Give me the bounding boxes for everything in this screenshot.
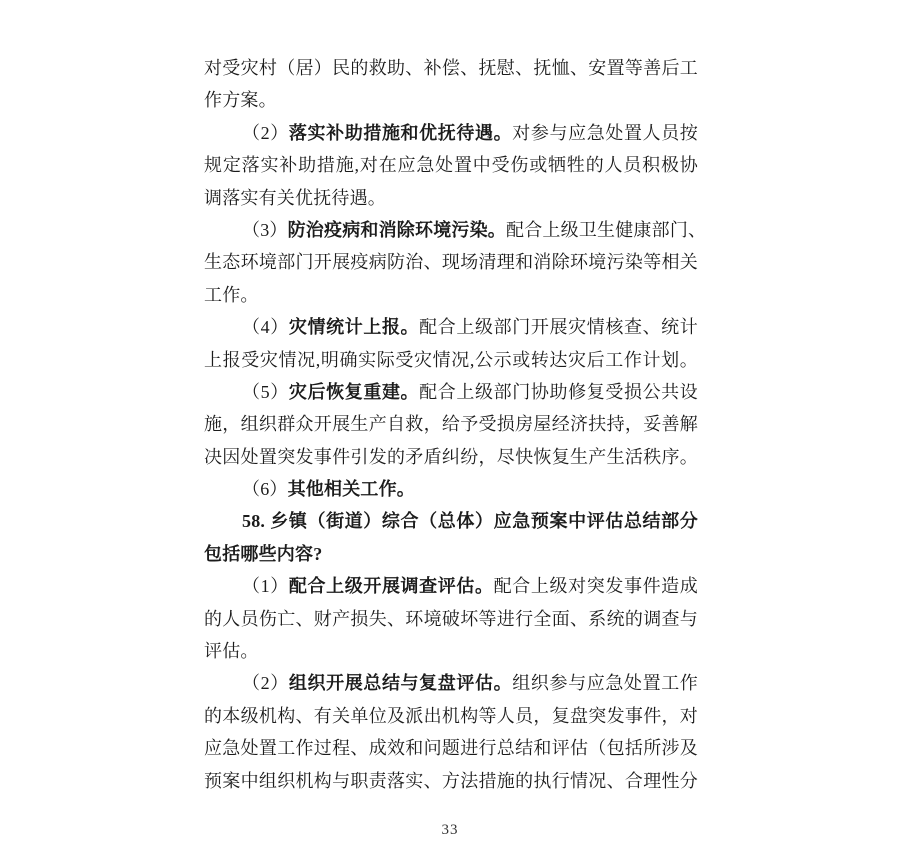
text-line: 对受灾村（居）民的救助、补偿、抚慰、抚恤、安置等善后工 [204, 52, 698, 84]
text-segment: 配合上级卫生健康部门、 [506, 220, 706, 240]
text-line: 58. 乡镇（街道）综合（总体）应急预案中评估总结部分 [204, 505, 698, 537]
text-line: 生态环境部门开展疫病防治、现场清理和消除环境污染等相关 [204, 246, 698, 278]
text-segment: 上报受灾情况,明确实际受灾情况,公示或转达灾后工作计划。 [204, 350, 698, 370]
text-segment-bold: 包括哪些内容? [204, 544, 322, 564]
text-line: （2）落实补助措施和优抚待遇。对参与应急处置人员按 [204, 117, 698, 149]
text-segment: 评估。 [204, 641, 259, 661]
text-segment: （2） [242, 123, 289, 143]
text-segment-bold: 灾情统计上报。 [289, 317, 419, 337]
text-segment: 作方案。 [204, 90, 277, 110]
text-segment: 配合上级部门开展灾情核查、统计 [419, 317, 698, 337]
text-segment: （2） [242, 673, 289, 693]
text-line: 工作。 [204, 279, 698, 311]
text-segment: 对参与应急处置人员按 [512, 123, 698, 143]
text-segment: 组织参与应急处置工作 [512, 673, 698, 693]
text-segment-bold: 58. 乡镇（街道）综合（总体）应急预案中评估总结部分 [242, 511, 698, 531]
text-segment: （6） [242, 479, 288, 499]
text-segment: （4） [242, 317, 289, 337]
text-segment: 施，组织群众开展生产自救，给予受损房屋经济扶持，妥善解 [204, 414, 698, 434]
document-page: 对受灾村（居）民的救助、补偿、抚慰、抚恤、安置等善后工作方案。（2）落实补助措施… [0, 0, 900, 865]
text-line: （1）配合上级开展调查评估。配合上级对突发事件造成 [204, 570, 698, 602]
text-segment: 规定落实补助措施,对在应急处置中受伤或牺牲的人员积极协 [204, 155, 698, 175]
text-segment-bold: 其他相关工作。 [288, 479, 415, 499]
text-segment: 的人员伤亡、财产损失、环境破坏等进行全面、系统的调查与 [204, 609, 698, 629]
text-segment: （3） [242, 220, 288, 240]
text-segment: 决因处置突发事件引发的矛盾纠纷，尽快恢复生产生活秩序。 [204, 447, 698, 467]
page-number: 33 [0, 822, 900, 839]
text-line: 的本级机构、有关单位及派出机构等人员，复盘突发事件，对 [204, 700, 698, 732]
text-segment: 的本级机构、有关单位及派出机构等人员，复盘突发事件，对 [204, 706, 698, 726]
text-line: 评估。 [204, 635, 698, 667]
text-segment: 预案中组织机构与职责落实、方法措施的执行情况、合理性分 [204, 771, 698, 791]
document-body: 对受灾村（居）民的救助、补偿、抚慰、抚恤、安置等善后工作方案。（2）落实补助措施… [204, 52, 698, 797]
text-line: 预案中组织机构与职责落实、方法措施的执行情况、合理性分 [204, 765, 698, 797]
text-line: （2）组织开展总结与复盘评估。组织参与应急处置工作 [204, 667, 698, 699]
text-line: 的人员伤亡、财产损失、环境破坏等进行全面、系统的调查与 [204, 603, 698, 635]
text-line: 作方案。 [204, 84, 698, 116]
text-segment: 工作。 [204, 285, 259, 305]
text-segment: 调落实有关优抚待遇。 [204, 188, 386, 208]
text-line: 调落实有关优抚待遇。 [204, 182, 698, 214]
text-line: 决因处置突发事件引发的矛盾纠纷，尽快恢复生产生活秩序。 [204, 441, 698, 473]
text-segment: 配合上级对突发事件造成 [494, 576, 698, 596]
text-segment-bold: 落实补助措施和优抚待遇。 [289, 123, 512, 143]
text-segment-bold: 配合上级开展调查评估。 [289, 576, 494, 596]
text-segment: （1） [242, 576, 289, 596]
text-line: （6）其他相关工作。 [204, 473, 698, 505]
text-line: 规定落实补助措施,对在应急处置中受伤或牺牲的人员积极协 [204, 149, 698, 181]
text-segment-bold: 防治疫病和消除环境污染。 [288, 220, 506, 240]
text-line: （3）防治疫病和消除环境污染。配合上级卫生健康部门、 [204, 214, 698, 246]
text-line: 应急处置工作过程、成效和问题进行总结和评估（包括所涉及 [204, 732, 698, 764]
text-segment: 配合上级部门协助修复受损公共设 [419, 382, 698, 402]
text-segment: 对受灾村（居）民的救助、补偿、抚慰、抚恤、安置等善后工 [204, 58, 698, 78]
text-segment: 生态环境部门开展疫病防治、现场清理和消除环境污染等相关 [204, 252, 698, 272]
text-line: 包括哪些内容? [204, 538, 698, 570]
text-line: 施，组织群众开展生产自救，给予受损房屋经济扶持，妥善解 [204, 408, 698, 440]
text-segment: 应急处置工作过程、成效和问题进行总结和评估（包括所涉及 [204, 738, 698, 758]
text-segment: （5） [242, 382, 289, 402]
text-line: （5）灾后恢复重建。配合上级部门协助修复受损公共设 [204, 376, 698, 408]
text-line: 上报受灾情况,明确实际受灾情况,公示或转达灾后工作计划。 [204, 344, 698, 376]
text-segment-bold: 灾后恢复重建。 [289, 382, 419, 402]
text-line: （4）灾情统计上报。配合上级部门开展灾情核查、统计 [204, 311, 698, 343]
text-segment-bold: 组织开展总结与复盘评估。 [289, 673, 512, 693]
